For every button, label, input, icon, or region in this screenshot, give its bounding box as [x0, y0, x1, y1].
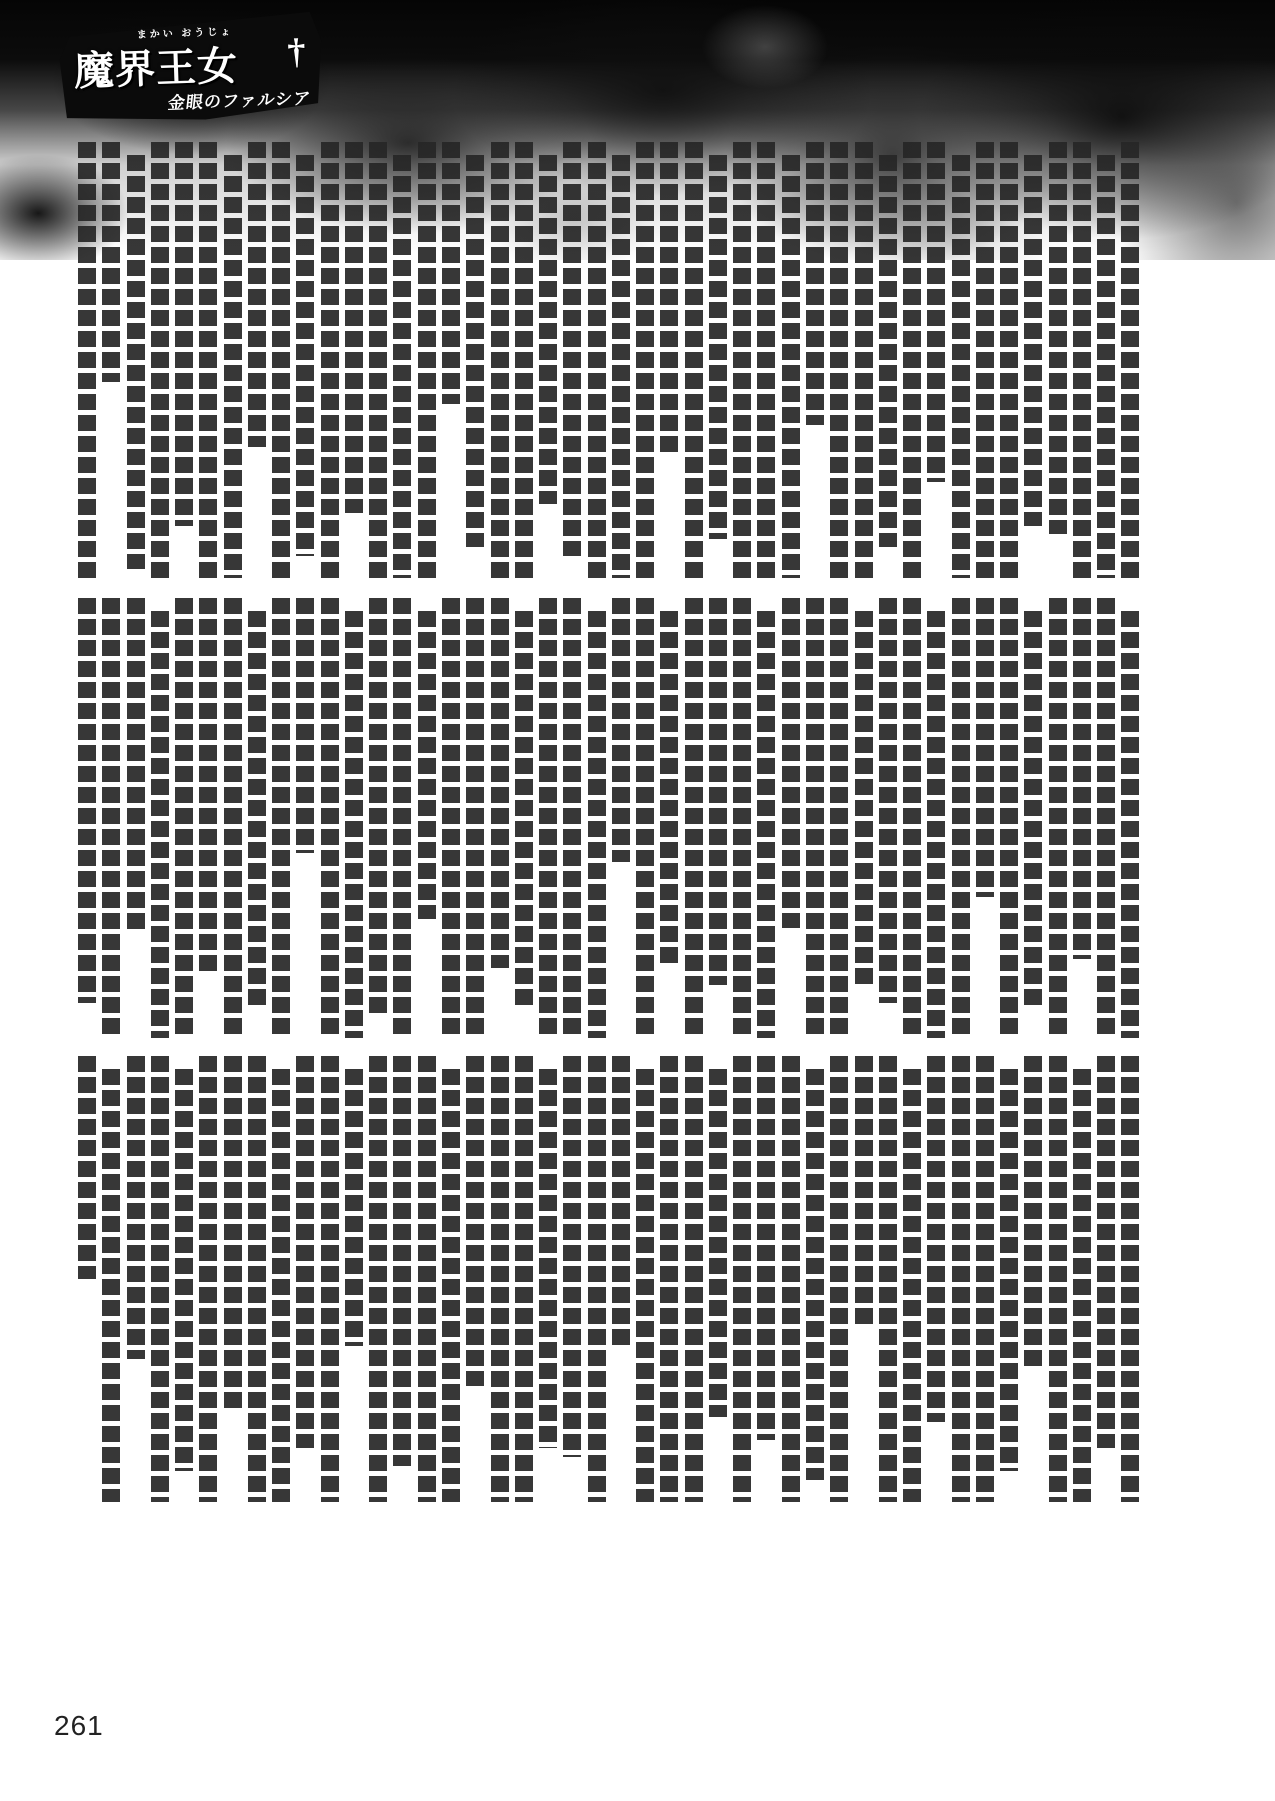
redacted-text-column [1121, 598, 1139, 1038]
redacted-text-bar [1000, 142, 1018, 578]
redacted-text-column [1024, 1056, 1042, 1502]
redacted-text-bar [806, 1069, 824, 1479]
redacted-text-column [757, 598, 775, 1038]
redacted-text-bar [976, 142, 994, 578]
redacted-text-bar [418, 142, 436, 578]
redacted-text-bar [636, 598, 654, 1038]
redacted-text-column [563, 1056, 581, 1502]
redacted-text-bar [248, 611, 266, 1007]
redacted-text-column [491, 598, 509, 1038]
redacted-text-column [369, 1056, 387, 1502]
redacted-text-column [709, 1056, 727, 1502]
redacted-text-column [1097, 142, 1115, 578]
redacted-text-column [272, 598, 290, 1038]
redacted-text-bar [927, 1056, 945, 1422]
redacted-text-column [418, 1056, 436, 1502]
redacted-text-column [418, 142, 436, 578]
redacted-text-column [345, 598, 363, 1038]
redacted-text-column [709, 142, 727, 578]
redacted-text-column [102, 142, 120, 578]
redacted-text-bar [491, 598, 509, 968]
redacted-text-bar [491, 1056, 509, 1502]
redacted-text-bar [563, 142, 581, 556]
redacted-text-column [879, 1056, 897, 1502]
redacted-text-bar [491, 142, 509, 578]
redacted-text-bar [1073, 1069, 1091, 1502]
redacted-text-column [782, 1056, 800, 1502]
redacted-text-bar [272, 142, 290, 578]
redacted-text-bar [1000, 1069, 1018, 1470]
redacted-text-column [369, 142, 387, 578]
redacted-text-bar [175, 142, 193, 526]
redacted-text-bar [588, 1056, 606, 1502]
redacted-text-column [782, 598, 800, 1038]
redacted-text-bar [175, 598, 193, 1038]
redacted-text-bar [224, 598, 242, 1038]
redacted-text-bar [830, 598, 848, 1038]
redacted-text-bar [151, 1056, 169, 1502]
redacted-text-column [78, 598, 96, 1038]
redacted-text-bar [1121, 142, 1139, 578]
redacted-text-column [733, 142, 751, 578]
redacted-text-column [345, 1056, 363, 1502]
redacted-text-column [1049, 142, 1067, 578]
redacted-text-bar [879, 155, 897, 547]
page-number: 261 [54, 1710, 104, 1742]
redacted-text-bar [588, 611, 606, 1038]
redacted-text-bar [709, 155, 727, 539]
redacted-text-bar [806, 598, 824, 1038]
redacted-text-bar [151, 142, 169, 578]
redacted-text-column [369, 598, 387, 1038]
redacted-text-column [927, 1056, 945, 1502]
redacted-text-bar [660, 142, 678, 456]
redacted-text-column [709, 598, 727, 1038]
redacted-text-column [321, 1056, 339, 1502]
redacted-text-bar [636, 142, 654, 578]
redacted-text-column [127, 598, 145, 1038]
redacted-text-column [1000, 1056, 1018, 1502]
redacted-text-column [1049, 598, 1067, 1038]
redacted-text-column [903, 598, 921, 1038]
text-tier-bottom [78, 1056, 1140, 1502]
redacted-text-bar [927, 611, 945, 1038]
logo-subtitle: 金眼のファルシア [167, 84, 313, 114]
redacted-text-column [806, 142, 824, 578]
redacted-text-column [248, 142, 266, 578]
redacted-text-bar [1121, 1056, 1139, 1502]
redacted-text-bar [442, 598, 460, 1038]
redacted-text-bar [976, 1056, 994, 1502]
redacted-text-bar [321, 142, 339, 578]
redacted-text-column [1121, 1056, 1139, 1502]
redacted-text-bar [369, 142, 387, 578]
redacted-text-column [296, 142, 314, 578]
redacted-text-column [466, 142, 484, 578]
redacted-text-column [612, 1056, 630, 1502]
redacted-text-column [442, 598, 460, 1038]
redacted-text-bar [709, 1069, 727, 1417]
redacted-text-bar [1097, 598, 1115, 1038]
redacted-text-bar [733, 142, 751, 578]
redacted-text-column [515, 598, 533, 1038]
redacted-text-column [175, 142, 193, 578]
redacted-text-column [855, 142, 873, 578]
redacted-text-bar [369, 1056, 387, 1502]
redacted-text-bar [1024, 1056, 1042, 1368]
redacted-text-column [636, 142, 654, 578]
redacted-text-column [806, 1056, 824, 1502]
redacted-text-bar [539, 155, 557, 504]
redacted-text-column [466, 598, 484, 1038]
redacted-text-column [199, 142, 217, 578]
redacted-text-bar [1049, 1056, 1067, 1502]
redacted-text-bar [1097, 1056, 1115, 1448]
redacted-text-bar [660, 1056, 678, 1502]
redacted-text-bar [199, 1056, 217, 1502]
redacted-text-column [442, 142, 460, 578]
redacted-text-column [491, 1056, 509, 1502]
redacted-text-column [1000, 598, 1018, 1038]
redacted-text-bar [1073, 142, 1091, 578]
redacted-text-column [539, 598, 557, 1038]
redacted-text-column [927, 142, 945, 578]
redacted-text-bar [782, 1056, 800, 1502]
redacted-text-bar [127, 1056, 145, 1359]
redacted-text-bar [879, 598, 897, 1003]
redacted-text-bar [466, 155, 484, 547]
redacted-text-column [879, 598, 897, 1038]
redacted-text-column [855, 598, 873, 1038]
redacted-text-column [976, 142, 994, 578]
redacted-text-bar [199, 598, 217, 976]
redacted-text-bar [1073, 598, 1091, 959]
redacted-text-column [539, 1056, 557, 1502]
text-tier-middle [78, 598, 1140, 1038]
redacted-text-column [782, 142, 800, 578]
redacted-text-column [830, 142, 848, 578]
redacted-text-bar [830, 1056, 848, 1502]
redacted-text-column [393, 1056, 411, 1502]
redacted-text-column [491, 142, 509, 578]
redacted-text-bar [1121, 611, 1139, 1038]
redacted-text-bar [757, 142, 775, 578]
redacted-text-bar [78, 598, 96, 1003]
redacted-text-bar [903, 142, 921, 578]
redacted-text-bar [879, 1056, 897, 1502]
redacted-text-column [175, 1056, 193, 1502]
redacted-text-bar [612, 155, 630, 578]
redacted-text-bar [588, 142, 606, 578]
redacted-text-column [588, 142, 606, 578]
redacted-text-column [636, 1056, 654, 1502]
redacted-text-column [296, 1056, 314, 1502]
redacted-text-column [636, 598, 654, 1038]
redacted-text-column [563, 598, 581, 1038]
redacted-text-column [272, 1056, 290, 1502]
text-tier-top [78, 142, 1140, 578]
redacted-text-bar [709, 598, 727, 985]
redacted-text-bar [1024, 155, 1042, 526]
redacted-text-column [224, 1056, 242, 1502]
redacted-text-bar [612, 1056, 630, 1350]
redacted-text-column [806, 598, 824, 1038]
redacted-text-column [1073, 142, 1091, 578]
series-logo: まかい おうじょ 魔界王女 † 金眼のファルシア [58, 11, 323, 124]
redacted-text-bar [733, 1056, 751, 1502]
redacted-text-column [539, 142, 557, 578]
redacted-text-column [1024, 142, 1042, 578]
redacted-text-column [757, 1056, 775, 1502]
redacted-text-column [733, 598, 751, 1038]
redacted-text-bar [102, 142, 120, 382]
redacted-text-column [224, 598, 242, 1038]
redacted-text-bar [1024, 611, 1042, 1007]
redacted-text-bar [515, 142, 533, 578]
redacted-text-bar [976, 598, 994, 897]
redacted-text-column [685, 598, 703, 1038]
redacted-text-column [976, 598, 994, 1038]
redacted-text-column [224, 142, 242, 578]
redacted-text-column [248, 598, 266, 1038]
redacted-text-bar [248, 142, 266, 447]
redacted-text-column [952, 598, 970, 1038]
redacted-text-bar [296, 155, 314, 556]
redacted-text-column [102, 598, 120, 1038]
redacted-text-column [272, 142, 290, 578]
redacted-text-bar [757, 1056, 775, 1440]
redacted-text-bar [952, 1056, 970, 1502]
redacted-text-column [903, 142, 921, 578]
redacted-text-bar [102, 598, 120, 1038]
redacted-text-bar [345, 1069, 363, 1346]
redacted-text-bar [782, 598, 800, 928]
redacted-text-column [515, 1056, 533, 1502]
redacted-text-bar [466, 1056, 484, 1386]
redacted-text-bar [563, 1056, 581, 1457]
redacted-text-bar [515, 1056, 533, 1502]
redacted-text-column [151, 142, 169, 578]
redacted-text-bar [636, 1069, 654, 1502]
redacted-text-bar [612, 598, 630, 862]
redacted-text-column [1000, 142, 1018, 578]
redacted-text-column [855, 1056, 873, 1502]
redacted-text-column [660, 598, 678, 1038]
redacted-text-bar [466, 598, 484, 1038]
redacted-text-column [199, 598, 217, 1038]
redacted-text-bar [393, 1056, 411, 1466]
redacted-text-column [78, 142, 96, 578]
redacted-text-column [151, 598, 169, 1038]
redacted-text-bar [127, 155, 145, 569]
redacted-text-bar [806, 142, 824, 425]
redacted-text-column [830, 1056, 848, 1502]
redacted-text-bar [78, 1056, 96, 1279]
redacted-text-column [321, 598, 339, 1038]
redacted-text-column [952, 1056, 970, 1502]
redacted-text-column [976, 1056, 994, 1502]
redacted-text-column [1121, 142, 1139, 578]
redacted-text-bar [442, 142, 460, 404]
redacted-text-bar [927, 142, 945, 482]
redacted-text-column [612, 142, 630, 578]
redacted-text-column [757, 142, 775, 578]
redacted-text-bar [733, 598, 751, 1038]
redacted-text-column [102, 1056, 120, 1502]
redacted-text-column [1049, 1056, 1067, 1502]
redacted-text-bar [248, 1056, 266, 1502]
redacted-text-column [927, 598, 945, 1038]
redacted-text-bar [224, 155, 242, 578]
redacted-text-bar [660, 611, 678, 963]
redacted-text-column [563, 142, 581, 578]
redacted-text-bar [855, 611, 873, 985]
redacted-text-bar [151, 611, 169, 1038]
redacted-text-bar [175, 1069, 193, 1470]
redacted-text-bar [1049, 142, 1067, 534]
redacted-text-bar [757, 611, 775, 1038]
redacted-text-column [393, 142, 411, 578]
redacted-text-bar [393, 598, 411, 1038]
cross-sword-icon: † [287, 30, 306, 73]
redacted-text-bar [685, 1056, 703, 1502]
redacted-text-column [685, 1056, 703, 1502]
redacted-text-bar [393, 155, 411, 578]
redacted-text-column [1073, 1056, 1091, 1502]
redacted-text-bar [296, 598, 314, 853]
redacted-text-column [127, 142, 145, 578]
redacted-text-bar [782, 155, 800, 578]
redacted-text-bar [855, 142, 873, 578]
redacted-text-bar [321, 1056, 339, 1502]
redacted-text-bar [952, 598, 970, 1038]
redacted-text-column [78, 1056, 96, 1502]
redacted-text-bar [563, 598, 581, 1038]
redacted-text-column [345, 142, 363, 578]
redacted-text-bar [199, 142, 217, 578]
redacted-text-bar [515, 611, 533, 1007]
redacted-text-bar [903, 1069, 921, 1502]
redacted-text-column [660, 142, 678, 578]
redacted-text-column [199, 1056, 217, 1502]
redacted-text-bar [296, 1056, 314, 1448]
redacted-text-bar [127, 598, 145, 932]
redacted-text-column [127, 1056, 145, 1502]
redacted-text-bar [952, 155, 970, 578]
redacted-text-column [588, 1056, 606, 1502]
redacted-text-column [418, 598, 436, 1038]
redacted-text-bar [345, 142, 363, 513]
redacted-text-bar [442, 1069, 460, 1502]
redacted-text-column [175, 598, 193, 1038]
redacted-text-bar [321, 598, 339, 1038]
redacted-text-bar [539, 1069, 557, 1448]
redacted-text-column [393, 598, 411, 1038]
redacted-text-column [296, 598, 314, 1038]
redacted-text-bar [903, 598, 921, 1038]
redacted-text-bar [369, 598, 387, 1016]
redacted-text-column [151, 1056, 169, 1502]
redacted-text-column [733, 1056, 751, 1502]
redacted-text-column [442, 1056, 460, 1502]
redacted-text-column [830, 598, 848, 1038]
redacted-text-column [321, 142, 339, 578]
redacted-text-bar [272, 1069, 290, 1502]
redacted-text-bar [272, 598, 290, 1038]
redacted-text-column [952, 142, 970, 578]
redacted-text-bar [685, 598, 703, 1038]
redacted-text-column [1024, 598, 1042, 1038]
redacted-text-column [248, 1056, 266, 1502]
redacted-text-column [466, 1056, 484, 1502]
redacted-text-bar [345, 611, 363, 1038]
redacted-text-bar [1049, 598, 1067, 1038]
redacted-text-column [685, 142, 703, 578]
redacted-text-column [588, 598, 606, 1038]
redacted-text-bar [1000, 598, 1018, 1038]
redacted-text-bar [418, 1056, 436, 1502]
redacted-text-bar [539, 598, 557, 1038]
redacted-text-bar [102, 1069, 120, 1502]
redacted-text-bar [855, 1056, 873, 1324]
redacted-text-bar [224, 1056, 242, 1413]
redacted-text-column [1097, 598, 1115, 1038]
redacted-text-bar [1097, 155, 1115, 578]
redacted-text-column [879, 142, 897, 578]
redacted-text-column [903, 1056, 921, 1502]
redacted-text-bar [830, 142, 848, 578]
redacted-text-bar [685, 142, 703, 578]
redacted-text-column [1097, 1056, 1115, 1502]
redacted-text-bar [78, 142, 96, 578]
redacted-text-column [660, 1056, 678, 1502]
redacted-text-column [1073, 598, 1091, 1038]
redacted-text-bar [418, 611, 436, 919]
redacted-text-column [515, 142, 533, 578]
redacted-text-column [612, 598, 630, 1038]
